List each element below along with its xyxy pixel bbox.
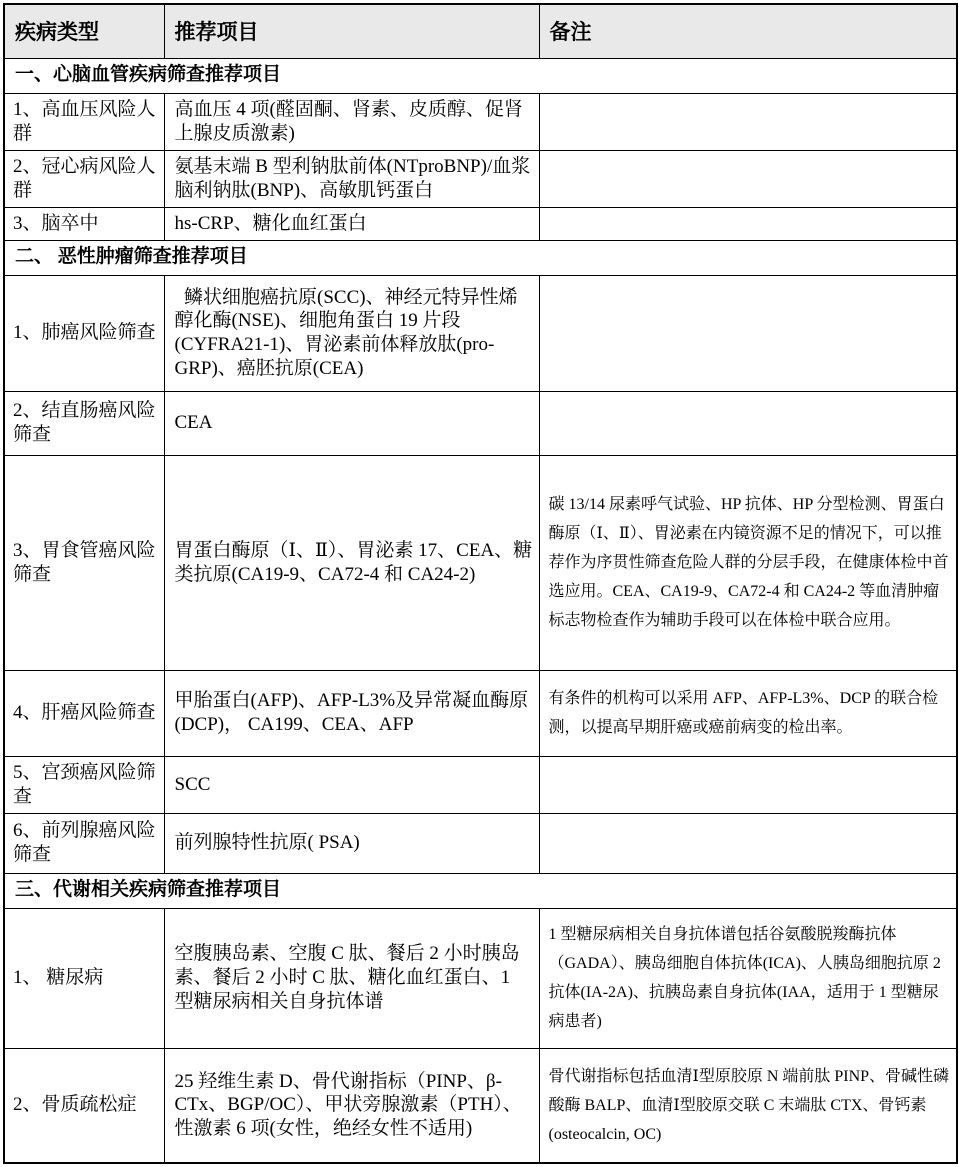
recommended-items-cell: CEA (164, 391, 539, 455)
table-row: 1、 糖尿病 空腹胰岛素、空腹 C 肽、餐后 2 小时胰岛素、餐后 2 小时 C… (4, 908, 957, 1048)
disease-type-cell: 3、胃食管癌风险筛查 (4, 455, 164, 670)
screening-recommendation-table: 疾病类型 推荐项目 备注 一、心脑血管疾病筛查推荐项目 1、高血压风险人群 高血… (3, 3, 958, 1164)
section-title-metabolic: 三、代谢相关疾病筛查推荐项目 (4, 873, 957, 908)
notes-cell (539, 93, 957, 150)
notes-cell (539, 150, 957, 207)
disease-type-cell: 2、骨质疏松症 (4, 1048, 164, 1163)
table-row: 6、前列腺癌风险筛查 前列腺特性抗原( PSA) (4, 813, 957, 873)
section-title-cardiovascular: 一、心脑血管疾病筛查推荐项目 (4, 58, 957, 93)
recommended-items-cell: 高血压 4 项(醛固酮、肾素、皮质醇、促肾上腺皮质激素) (164, 93, 539, 150)
notes-cell: 有条件的机构可以采用 AFP、AFP-L3%、DCP 的联合检测，以提高早期肝癌… (539, 670, 957, 756)
header-notes: 备注 (539, 4, 957, 58)
disease-type-cell: 5、宫颈癌风险筛查 (4, 756, 164, 813)
disease-type-cell: 6、前列腺癌风险筛查 (4, 813, 164, 873)
notes-cell (539, 756, 957, 813)
recommended-items-cell: 胃蛋白酶原（Ⅰ、Ⅱ）、胃泌素 17、CEA、糖类抗原(CA19-9、CA72-4… (164, 455, 539, 670)
recommended-items-cell: hs-CRP、糖化血红蛋白 (164, 207, 539, 240)
notes-cell (539, 207, 957, 240)
disease-type-cell: 2、冠心病风险人群 (4, 150, 164, 207)
table-row: 3、胃食管癌风险筛查 胃蛋白酶原（Ⅰ、Ⅱ）、胃泌素 17、CEA、糖类抗原(CA… (4, 455, 957, 670)
recommended-items-cell: 空腹胰岛素、空腹 C 肽、餐后 2 小时胰岛素、餐后 2 小时 C 肽、糖化血红… (164, 908, 539, 1048)
recommended-items-cell: 前列腺特性抗原( PSA) (164, 813, 539, 873)
table-row: 2、结直肠癌风险筛查 CEA (4, 391, 957, 455)
table-row: 3、脑卒中 hs-CRP、糖化血红蛋白 (4, 207, 957, 240)
disease-type-cell: 2、结直肠癌风险筛查 (4, 391, 164, 455)
disease-type-cell: 3、脑卒中 (4, 207, 164, 240)
table-row: 2、骨质疏松症 25 羟维生素 D、骨代谢指标（PINP、β-CTx、BGP/O… (4, 1048, 957, 1163)
recommended-items-cell: 鳞状细胞癌抗原(SCC)、神经元特异性烯醇化酶(NSE)、细胞角蛋白 19 片段… (164, 275, 539, 391)
recommended-items-cell: SCC (164, 756, 539, 813)
notes-cell: 碳 13/14 尿素呼气试验、HP 抗体、HP 分型检测、胃蛋白酶原（Ⅰ、Ⅱ）、… (539, 455, 957, 670)
section-header-row: 二、 恶性肿瘤筛查推荐项目 (4, 240, 957, 275)
disease-type-cell: 1、高血压风险人群 (4, 93, 164, 150)
table-row: 1、高血压风险人群 高血压 4 项(醛固酮、肾素、皮质醇、促肾上腺皮质激素) (4, 93, 957, 150)
disease-type-cell: 1、 糖尿病 (4, 908, 164, 1048)
recommended-items-cell: 25 羟维生素 D、骨代谢指标（PINP、β-CTx、BGP/OC）、甲状旁腺激… (164, 1048, 539, 1163)
recommended-items-cell: 甲胎蛋白(AFP)、AFP-L3%及异常凝血酶原(DCP)， CA199、CEA… (164, 670, 539, 756)
section-title-malignant-tumor: 二、 恶性肿瘤筛查推荐项目 (4, 240, 957, 275)
header-disease-type: 疾病类型 (4, 4, 164, 58)
section-header-row: 一、心脑血管疾病筛查推荐项目 (4, 58, 957, 93)
section-header-row: 三、代谢相关疾病筛查推荐项目 (4, 873, 957, 908)
notes-cell (539, 275, 957, 391)
header-recommended-items: 推荐项目 (164, 4, 539, 58)
notes-cell: 骨代谢指标包括血清Ⅰ型原胶原 N 端前肽 PINP、骨碱性磷酸酶 BALP、血清… (539, 1048, 957, 1163)
recommended-items-cell: 氨基末端 B 型利钠肽前体(NTproBNP)/血浆脑利钠肽(BNP)、高敏肌钙… (164, 150, 539, 207)
disease-type-cell: 4、肝癌风险筛查 (4, 670, 164, 756)
table-row: 2、冠心病风险人群 氨基末端 B 型利钠肽前体(NTproBNP)/血浆脑利钠肽… (4, 150, 957, 207)
disease-type-cell: 1、肺癌风险筛查 (4, 275, 164, 391)
notes-cell: 1 型糖尿病相关自身抗体谱包括谷氨酸脱羧酶抗体（GADA）、胰岛细胞自体抗体(I… (539, 908, 957, 1048)
notes-cell (539, 391, 957, 455)
table-header-row: 疾病类型 推荐项目 备注 (4, 4, 957, 58)
table-row: 4、肝癌风险筛查 甲胎蛋白(AFP)、AFP-L3%及异常凝血酶原(DCP)， … (4, 670, 957, 756)
table-row: 5、宫颈癌风险筛查 SCC (4, 756, 957, 813)
notes-cell (539, 813, 957, 873)
table-row: 1、肺癌风险筛查 鳞状细胞癌抗原(SCC)、神经元特异性烯醇化酶(NSE)、细胞… (4, 275, 957, 391)
